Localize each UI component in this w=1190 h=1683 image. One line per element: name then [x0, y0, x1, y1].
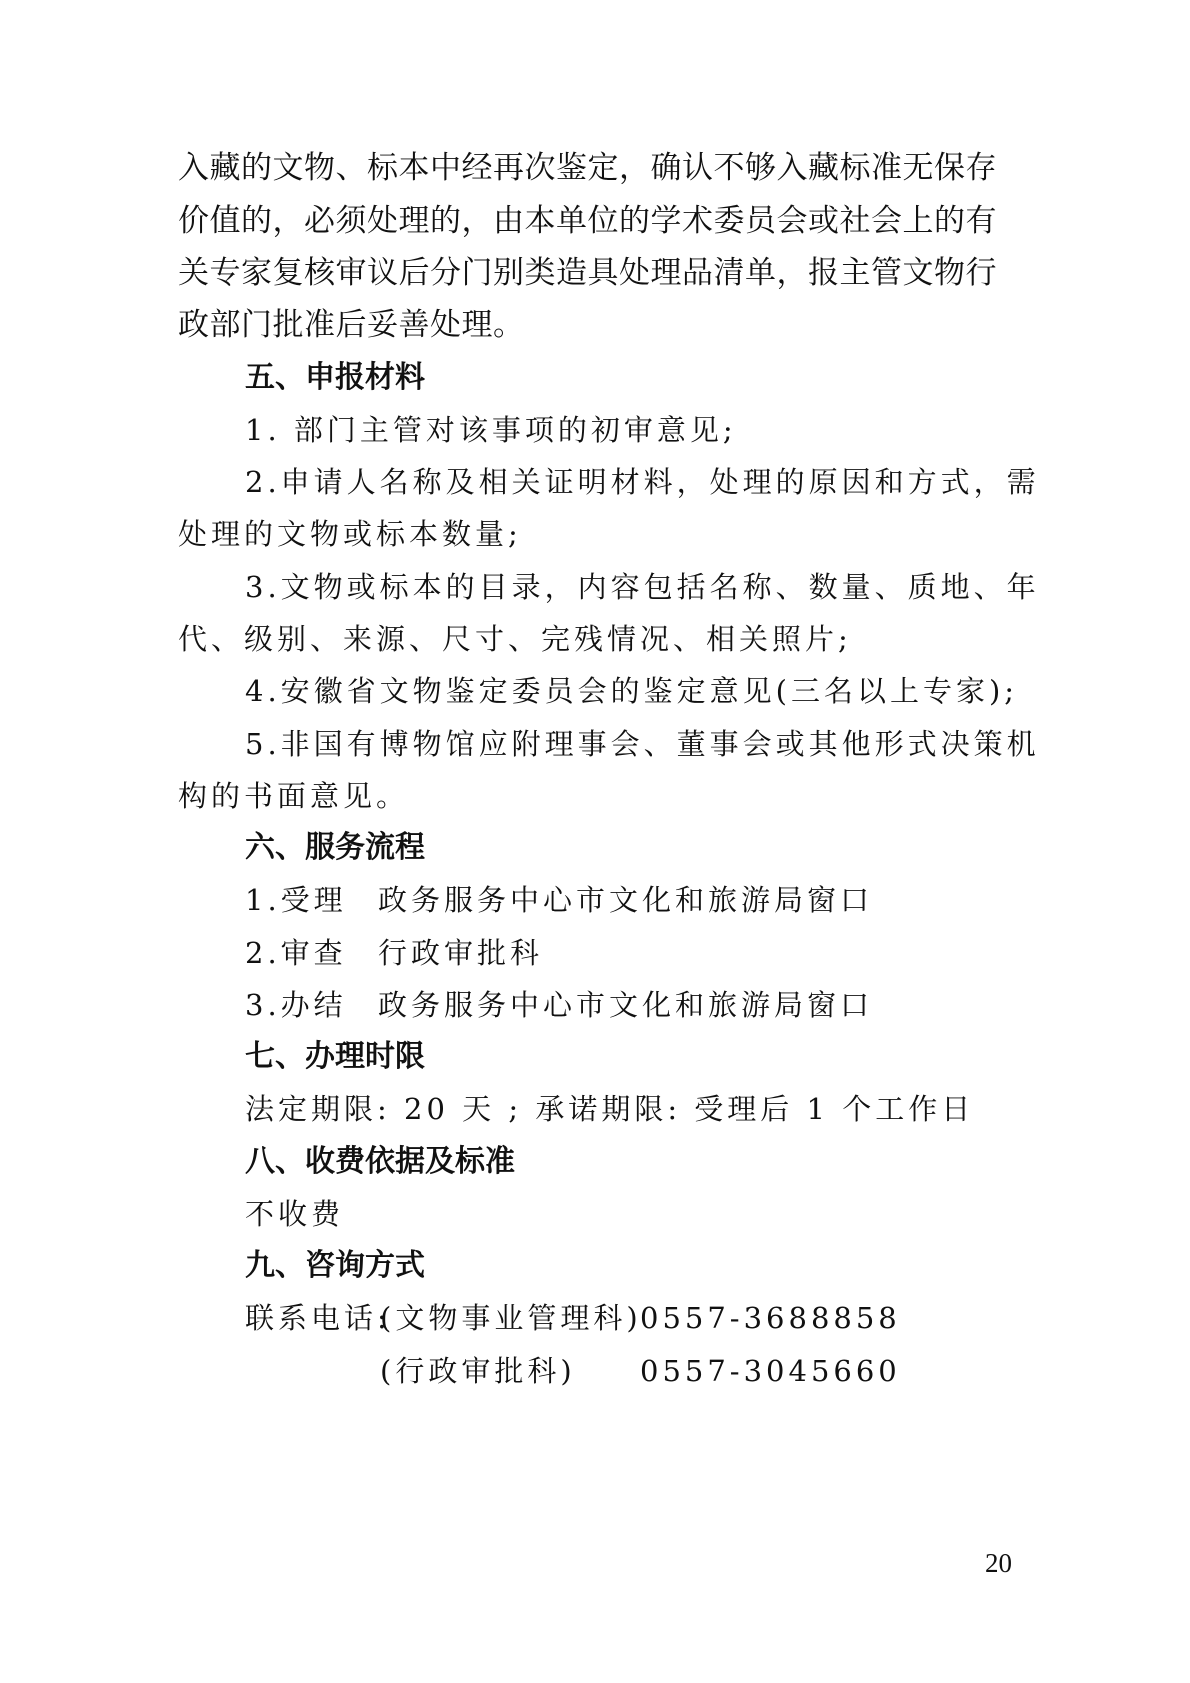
contact-phone: 0557-3688858: [640, 1298, 901, 1338]
contact-phone: 0557-3045660: [640, 1351, 901, 1391]
section-heading: 七、办理时限: [245, 1037, 425, 1077]
list-item-cont: 构的书面意见。: [178, 776, 409, 816]
process-step: 2.审查: [245, 933, 347, 973]
list-item: 4.安徽省文物鉴定委员会的鉴定意见(三名以上专家);: [245, 671, 1018, 711]
contact-dept: (行政审批科): [380, 1351, 576, 1391]
list-item-cont: 代、级别、来源、尺寸、完残情况、相关照片;: [178, 619, 852, 659]
section-heading: 五、申报材料: [245, 358, 425, 398]
process-dept: 行政审批科: [378, 933, 543, 973]
contact-label: 联系电话:: [245, 1298, 391, 1338]
process-step: 1.受理: [245, 880, 347, 920]
intro-line: 政部门批准后妥善处理。: [178, 305, 525, 345]
intro-line: 入藏的文物、标本中经再次鉴定，确认不够入藏标准无保存: [178, 148, 997, 188]
section-heading: 八、收费依据及标准: [245, 1142, 515, 1182]
document-page: 入藏的文物、标本中经再次鉴定，确认不够入藏标准无保存 价值的，必须处理的，由本单…: [0, 0, 1190, 1683]
process-step: 3.办结: [245, 985, 347, 1025]
list-item: 5.非国有博物馆应附理事会、董事会或其他形式决策机: [245, 724, 1040, 764]
process-dept: 政务服务中心市文化和旅游局窗口: [378, 880, 873, 920]
list-item: 3.文物或标本的目录，内容包括名称、数量、质地、年: [245, 567, 1040, 607]
section-heading: 六、服务流程: [245, 828, 425, 868]
time-limit-text: 法定期限: 20 天 ; 承诺期限: 受理后 1 个工作日: [245, 1089, 974, 1129]
fee-text: 不收费: [245, 1194, 344, 1234]
section-heading: 九、咨询方式: [245, 1246, 425, 1286]
intro-line: 关专家复核审议后分门别类造具处理品清单，报主管文物行: [178, 253, 997, 293]
list-item-cont: 处理的文物或标本数量;: [178, 514, 522, 554]
contact-dept: (文物事业管理科): [380, 1298, 642, 1338]
list-item: 1. 部门主管对该事项的初审意见;: [245, 410, 737, 450]
intro-line: 价值的，必须处理的，由本单位的学术委员会或社会上的有: [178, 201, 997, 241]
page-number: 20: [985, 1548, 1012, 1579]
list-item: 2.申请人名称及相关证明材料，处理的原因和方式，需: [245, 462, 1040, 502]
process-dept: 政务服务中心市文化和旅游局窗口: [378, 985, 873, 1025]
